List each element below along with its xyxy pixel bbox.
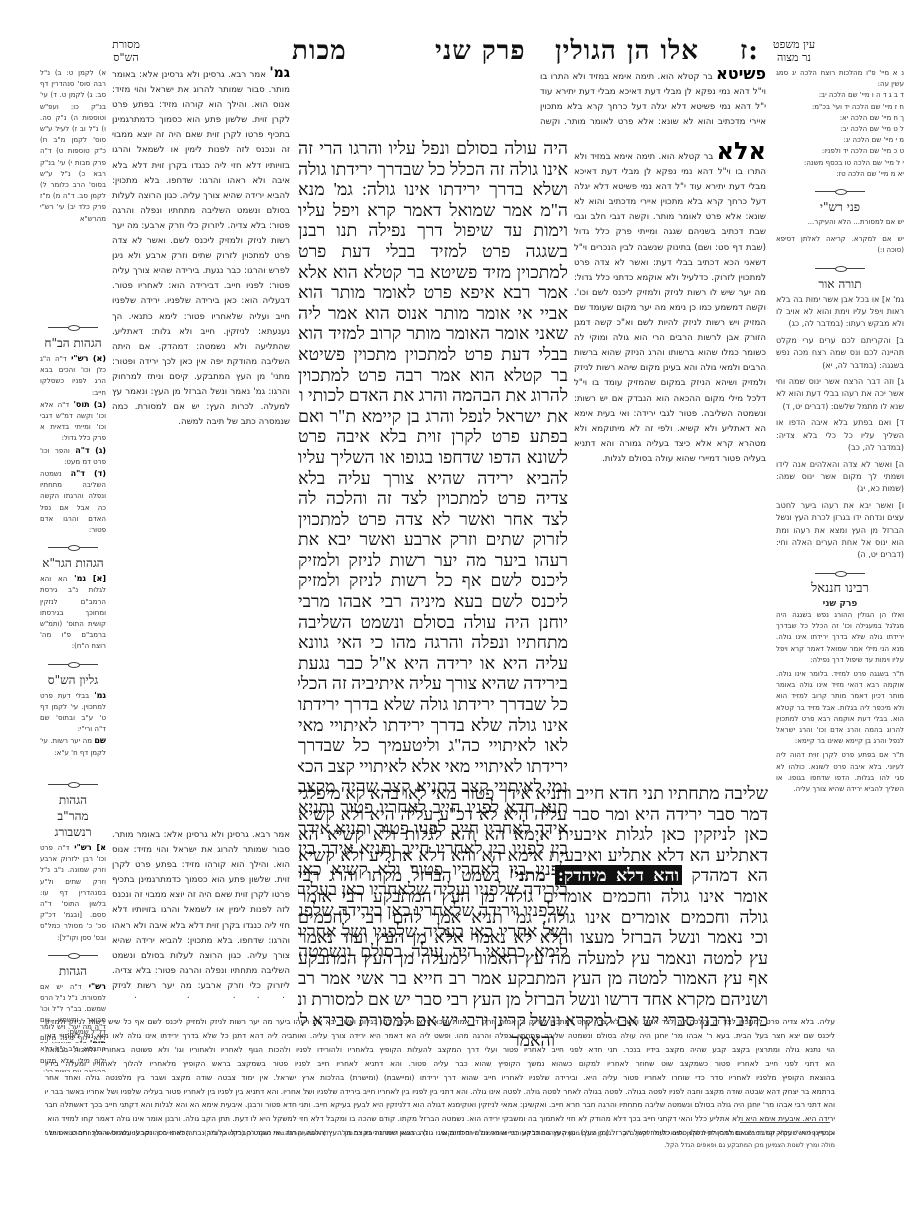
left-margin-notes: א) לקמן ט: ב) נ"ל רבה סוס' סנהדרין דף סב… bbox=[40, 68, 106, 1043]
chapter-title: אלו הן הגולין bbox=[555, 36, 699, 66]
rashi-text-continued: אמר רבא. גרסינן ולא גרסינן אלא: באומר מו… bbox=[112, 830, 290, 998]
header-label: הש"ס bbox=[96, 51, 156, 64]
footnotes-line-2: מולה ומרץ לשנות הצמיען מכן המתבקע גם ופא… bbox=[45, 1140, 835, 1150]
mishnah-marker: מתני' bbox=[509, 865, 545, 885]
bottom-commentary-line: ליכנס שם יצא חצר בעל הבית. בעא ר' אבהו מ… bbox=[45, 1029, 835, 1043]
folio-number: ז: bbox=[740, 36, 759, 66]
gemara-line: הא דמהדק והא דלא מיהדק: מתני' נשמט הברזל… bbox=[298, 865, 768, 886]
header-label: עין משפט bbox=[764, 38, 824, 51]
gemara-line: רעהו ביער מה יער רשות לניזק ולמזיק bbox=[298, 550, 568, 571]
hagahot-ranschburg-subtitle: מהר"ב רנשבורג bbox=[40, 808, 106, 840]
gemara-line: למתכוין מזיד פשיטא בר קטלא הוא אלא bbox=[298, 262, 568, 283]
gemara-line: אומר אינו גולה וחכמים אומרים גולה מן העץ… bbox=[298, 886, 768, 907]
hagahot-bach-item: (ג) ד"ה והפר וכו' פרט דמ מעט: bbox=[40, 445, 106, 468]
ein-mishpat-item: ד ב ג ד ה ו מיי' שם הלכה יב: bbox=[776, 90, 904, 101]
gemara-line: בבלי דעת פרט למתכוין מתכוין פשיטא bbox=[298, 344, 568, 365]
gemara-line: להרוג את הבהמה והרג את האדם לכותי והרג bbox=[298, 385, 568, 406]
hagahot-bach-item: (ד) ד"ה נשמטה השליבה מתחתיו ונפלה והרגתו… bbox=[40, 468, 106, 536]
ornament-divider bbox=[48, 781, 98, 788]
gemara-line: דמר סבר ירידה היא ומר סבר עליה היא לא דכ… bbox=[298, 804, 768, 825]
gemara-line: שאני אומר האומר מותר קרוב למזיד הוא bbox=[298, 323, 568, 344]
gemara-line: אינו גולה זה הכלל כל שבדרך ירידתו גולה bbox=[298, 159, 568, 180]
torah-or-list: גמ' א] או בכל אבן אשר ימות בה בלא ראות ו… bbox=[776, 294, 904, 562]
footnote-item: ה) לט מיים זה יוסר למעלה ולאוי המנהרים ס… bbox=[45, 1128, 193, 1138]
note-text: ד"ה מה יער. ויש לומר דלא ילוף מינה מקום … bbox=[40, 1023, 106, 1072]
gemara-line: לשונא הדפו שדחפו בגופו או השליך עליו bbox=[298, 447, 568, 468]
rabbeinu-chananel-text: ואלו הן הגולין ההורג נפש בשגגה היה מגלגל… bbox=[776, 610, 904, 795]
hagahot-ranschburg-title: הגהות bbox=[40, 792, 106, 808]
bottom-commentary-line: הא דתני לפני חייב לאחריו פטור כשמקצב שוט… bbox=[45, 1057, 835, 1071]
gemara-line: ירידתו לאיתויי מאי אלא לאיתויי קצב הכא bbox=[298, 756, 568, 777]
gemara-line: אביי אי אומר מותר אנוס הוא אמר ליה bbox=[298, 303, 568, 324]
gemara-line: עץ למטה ונאמר עץ למעלה מה עץ האמור למעלה… bbox=[298, 948, 768, 969]
highlighted-phrase: והא דלא מיהדק: bbox=[555, 865, 682, 885]
gemara-line: ושלא בדרך ירידתו אינו גולה: גמ' מנא bbox=[298, 179, 568, 200]
torah-or-item: ו] ואשר יבא את רעהו ביער לחטב עצים ונדחה… bbox=[776, 500, 904, 562]
masoret-hashas-text: א) לקמן ט: ב) נ"ל רבה סוס' סנהדרין דף סב… bbox=[40, 68, 106, 316]
gemara-line: בשגגה פרט למזיד בבלי דעת פרט bbox=[298, 241, 568, 262]
pnei-rashi-title: פני רש"י bbox=[776, 199, 904, 215]
footnotes-line-1: א) עיין פי' רש"י בק"ק ופי' רמב"ם בסנהדרי… bbox=[45, 1128, 835, 1138]
ein-mishpat-item: ט כ מיי' שם הלכה יד ולפניו: bbox=[776, 146, 904, 157]
note-dh: רש"י bbox=[71, 354, 88, 363]
bottom-left-note: ד"ה מה יער. ויש לומר דלא ילוף מינה מקום … bbox=[40, 1022, 106, 1072]
hagahot-bach-title: הגהות הב"ח bbox=[40, 335, 106, 351]
ornament-divider bbox=[48, 661, 98, 668]
ornament-divider bbox=[815, 265, 865, 272]
footnote-item: ג) בהישגא דאתי ביריחא רב מנל. bbox=[340, 1128, 428, 1138]
bottom-commentary-line: ירידה היא. איבעית אימא היא ולא אתליע כלל… bbox=[45, 1112, 835, 1126]
footnote-item: א) עיין פי' רש"י בק"ק ופי' רמב"ם בסנהדרי… bbox=[623, 1128, 835, 1138]
tosafot-section-opening: אלא bbox=[717, 140, 766, 165]
bottom-commentary: עליה. בלא צדיה פרט למתכוין לצד זה והלכה … bbox=[45, 1015, 835, 1140]
note-text: הא והא לגלות נ"ב גירסת הרמב"ם לנזקין ומח… bbox=[40, 575, 106, 650]
bottom-commentary-line: ברתמא בר יצחק דהא שבטה שודה מקצב וחבה לפ… bbox=[45, 1085, 835, 1099]
note-text: ד"ה פרט וכו' רבן ילזרוק ארבע וזרק שמונה.… bbox=[40, 844, 106, 942]
rashi-opening-word: גמ' bbox=[269, 66, 290, 81]
note-label: [א] bbox=[93, 574, 106, 583]
gemara-line: את ישראל לנפל והרג בן קיימא ת"ר ואם bbox=[298, 406, 568, 427]
ein-mishpat-item: נ א מיי' פ"ו מהלכות רוצח הלכה יג סמג עשי… bbox=[776, 68, 904, 90]
bottom-commentary-line: עליה. בלא צדיה פרט למתכוין לצד זה והלכה … bbox=[45, 1015, 835, 1029]
gemara-line: צדיה פרט למתכוין לצד זה והלכה לה bbox=[298, 488, 568, 509]
gemara-line: לזרוק שתים וזרק ארבע ואשר יבא את bbox=[298, 529, 568, 550]
gemara-line: אמר רבא איפא פרט לאומר מותר הוא bbox=[298, 282, 568, 303]
gemara-line: ליכנס לשם בעא מיניה רבי אבהו מרבי bbox=[298, 591, 568, 612]
torah-or-item: גמ' א] או בכל אבן אשר ימות בה בלא ראות ו… bbox=[776, 294, 904, 331]
note-dh: שם bbox=[94, 736, 106, 745]
tosafot-text-continued: בר קטלא הוא. תימה אימא במזיד ולא התרו בו… bbox=[574, 152, 766, 464]
torah-or-item: ד] ואם בפתע בלא איבה הדפו או השליך עליו … bbox=[776, 417, 904, 454]
ein-mishpat-header: עין משפט נר מצוה bbox=[764, 38, 824, 64]
pnei-rashi-item: יש אם למקרא. קריאה לאלתן דסיפא (סוכה ו:) bbox=[776, 234, 904, 256]
note-dh: ד"ה bbox=[71, 469, 85, 478]
gemara-line: וימות עד שיפול דרך נפילה תנו רבנן bbox=[298, 220, 568, 241]
ornament-divider bbox=[815, 188, 865, 195]
note-label: א] bbox=[97, 843, 106, 852]
rabbeinu-chananel-paragraph: ואלו הן הגולין ההורג נפש בשגגה היה מגלגל… bbox=[776, 610, 904, 666]
bottom-commentary-line: בהוצאת הקופיץ מלפניו לאחריו סדר כדי שוחר… bbox=[45, 1071, 835, 1085]
gemara-line: להביא ירידה שהיא צורך עליה בלא bbox=[298, 468, 568, 489]
hagahot-other-title: הגהות bbox=[40, 963, 106, 979]
hagahot-bach-item: (א) רש"י ד"ה ה"ג כלן וכו' והכים בבא הרג … bbox=[40, 353, 106, 399]
hagahot-ranschburg-item: א] רש"י ד"ה פרט וכו' רבן ילזרוק ארבע וזר… bbox=[40, 842, 106, 944]
gemara-line: כל שבדרך ירידתו גולה שלא בדרך ירידתו bbox=[298, 694, 568, 715]
footnote-item: ב) מן צולם מעמק מנהגים כל דוכו ביריוש בש… bbox=[440, 1128, 612, 1138]
header-label: מסורת bbox=[96, 38, 156, 51]
ein-mishpat-item: ל ט מיי' שם הלכה יב: bbox=[776, 124, 904, 135]
ein-mishpat-item: ך ח מיי' שם הלכה יא: bbox=[776, 113, 904, 124]
gemara-line: יוחנן היה עולה בסולם ונשמט השליבה bbox=[298, 612, 568, 633]
note-dh: רש"י bbox=[89, 982, 106, 991]
torah-or-title: תורה אור bbox=[776, 276, 904, 292]
torah-or-item: ג] וזה דבר הרצח אשר ינוס שמה וחי אשר יכה… bbox=[776, 376, 904, 413]
ein-mishpat-item: יא מ מיי' שם הלכה טז: bbox=[776, 169, 904, 180]
rashi-text: אמר רבא. גרסינן ולא גרסינן אלא: באומר מו… bbox=[112, 70, 290, 427]
rabbeinu-chananel-paragraph: ת"ר אם בפתע פרט לקרן זוית דהוה ליה לעיונ… bbox=[776, 750, 904, 795]
rashi-continuation: אמר רבא. גרסינן ולא גרסינן אלא: באומר מו… bbox=[112, 828, 290, 998]
gemara-line: לאו לאיתויי כה"ג וליטעמיך כל שבדרך bbox=[298, 735, 568, 756]
footnotes: א) עיין פי' רש"י בק"ק ופי' רמב"ם בסנהדרי… bbox=[45, 1128, 835, 1150]
ornament-divider bbox=[48, 544, 98, 551]
hagahot-gra-title: הגהות הגר"א bbox=[40, 555, 106, 571]
bottom-commentary-line: הוי נתנא גולה ומתרצין בקצב קבע שהיה מקצב… bbox=[45, 1043, 835, 1057]
ein-mishpat-item: י ל מיי' שם הלכה טו בכסף משנה: bbox=[776, 158, 904, 169]
bottom-commentary-line: והא דתני רבי אבהו מר' יוחנן היה גולה בסו… bbox=[45, 1098, 835, 1112]
note-label: (ב) bbox=[94, 400, 106, 409]
tosafot-header-block: פשיטא בר קטלא הוא. תימה אימא במזיד ולא ה… bbox=[540, 66, 766, 132]
rabbeinu-chananel-title: רבינו חננאל bbox=[776, 581, 904, 597]
note-label: (א) bbox=[93, 354, 106, 363]
right-margin-notes: נ א מיי' פ"ו מהלכות רוצח הלכה יג סמג עשי… bbox=[776, 68, 904, 1008]
ornament-divider bbox=[48, 324, 98, 331]
ornament-divider bbox=[48, 952, 98, 959]
torah-or-item: ב] והקריתם לכם ערים ערי מקלט תהיינה לכם … bbox=[776, 335, 904, 372]
bottom-commentary-lines: עליה. בלא צדיה פרט למתכוין לצד זה והלכה … bbox=[45, 1015, 835, 1140]
tosafot-opening-word: פשיטא bbox=[716, 66, 766, 83]
note-text: נשמטה השליבה מתחתיו ונפלה והרגתו הקשה כה… bbox=[40, 470, 106, 534]
gemara-line: ליכנס לשם אף כל רשות לניזק ולמזיק bbox=[298, 570, 568, 591]
rabbeinu-chananel-paragraph: ת"ר בשגגה פרט למזיד. בלומר אינו גולה. או… bbox=[776, 669, 904, 747]
gemara-line: וכי נאמר ונשל הברזל מעצו והלא לא נאמר אל… bbox=[298, 927, 768, 948]
header-label: נר מצוה bbox=[764, 51, 824, 64]
gilyon-hashas-item: שם מה יער רשות. עי' לקמן דף ח' ע"א: bbox=[40, 735, 106, 758]
tosafot-commentary: אלא בר קטלא הוא. תימה אימא במזיד ולא התר… bbox=[574, 140, 766, 828]
ein-mishpat-list: נ א מיי' פ"ו מהלכות רוצח הלכה יג סמג עשי… bbox=[776, 68, 904, 180]
note-dh: רש"י bbox=[74, 843, 91, 852]
gemara-line: בר קטלא הוא אמר רבה פרט למתכוין bbox=[298, 365, 568, 386]
masoret-hashas-header: מסורת הש"ס bbox=[96, 38, 156, 64]
note-label: (ג) bbox=[95, 446, 106, 455]
gemara-line: ה"מ אמר שמואל דאמר קרא ויפל עליו bbox=[298, 200, 568, 221]
mishnah-text: נשמט הברזל מקתו והרג רבי bbox=[298, 865, 500, 885]
gemara-line: אינו גולה שלא בדרך ירידתו לאיתויי מאי bbox=[298, 715, 568, 736]
gemara-line: לצד אחר ואשר לא צדה פרט למתכוין bbox=[298, 509, 568, 530]
footnote-item: ד) אשמעינן חלו שנת חוקר לכן (בקמוהך ב"ק) bbox=[204, 1128, 329, 1138]
rabbeinu-chananel-subtitle: פרק שני bbox=[776, 599, 904, 610]
gilyon-hashas-title: גליון הש"ס bbox=[40, 672, 106, 688]
ein-mishpat-item: מ י מיי' שם הלכה יג: bbox=[776, 135, 904, 146]
perek-number: פרק שני bbox=[435, 36, 526, 66]
gemara-text: הא דמהדק bbox=[691, 865, 768, 885]
gemara-line: בירידה שהיא צורך עליה איתיביה זה הכלל bbox=[298, 673, 568, 694]
gemara-line: דאתליע הא דלא אתליע ואיבעית אימא הא והא … bbox=[298, 845, 768, 866]
hagahot-gra-item: [א] גמ' הא והא לגלות נ"ב גירסת הרמב"ם לנ… bbox=[40, 573, 106, 652]
note-dh: ד"ה bbox=[75, 446, 89, 455]
gemara-wide-text: שליבה מתחתיו תני חדא חייב ותניא אידך פטו… bbox=[298, 783, 768, 1051]
gemara-line: ושניהם מקרא אחד דרשו ונשל הברזל מן העץ ר… bbox=[298, 989, 768, 1010]
gemara-line: היה עולה בסולם ונפל עליו והרגו הרי זה bbox=[298, 138, 568, 159]
rashi-commentary: גמ' אמר רבא. גרסינן ולא גרסינן אלא: באומ… bbox=[112, 66, 290, 826]
ornament-divider bbox=[815, 570, 865, 577]
gemara-line: מתחתיו ונפלה והרגה מהו כי האי גוונא bbox=[298, 632, 568, 653]
note-label: (ד) bbox=[94, 469, 106, 478]
gemara-line: כאן לניזקין כאן לגלות איבעית אימא הא והא… bbox=[298, 824, 768, 845]
ein-mishpat-item: ח ז מיי' שם הלכה יד ועי' בכ"מ: bbox=[776, 102, 904, 113]
gemara-line: עליה היא או ירידה היא א"ל כבר נגעת bbox=[298, 653, 568, 674]
torah-or-item: ה] ואשר לא צדה והאלהים אנה לידו ושמתי לך… bbox=[776, 459, 904, 496]
note-dh: גמ' bbox=[94, 691, 106, 700]
gemara-line: שליבה מתחתיו תני חדא חייב ותניא אידך פטו… bbox=[298, 783, 768, 804]
gemara-wide-lines: שליבה מתחתיו תני חדא חייב ותניא אידך פטו… bbox=[298, 783, 768, 865]
gemara-line: בפתע פרט לקרן זוית בלא איבה פרט bbox=[298, 426, 568, 447]
gemara-line: גולה וחכמים אומרים אינו גולה: גמ' תניא א… bbox=[298, 907, 768, 928]
note-dh: תוס' bbox=[73, 400, 89, 409]
hagahot-bach-item: (ב) תוס' ד"ה אלא וכו' וקשה דמ"ש דגבי וכו… bbox=[40, 399, 106, 445]
tractate-name: מכות bbox=[292, 36, 347, 66]
pnei-rashi-item: יש אם למסורת... הלא והעיקר... bbox=[776, 217, 904, 228]
gemara-line: אף עץ האמור למטה מן העץ המתבקע אמר רב חי… bbox=[298, 968, 768, 989]
footnote-rule bbox=[740, 1122, 830, 1123]
gilyon-hashas-item: גמ' בבלי דעת פרט למתכוין. עי' לקמן דף ט'… bbox=[40, 690, 106, 736]
note-dh: גמ' bbox=[74, 574, 86, 583]
